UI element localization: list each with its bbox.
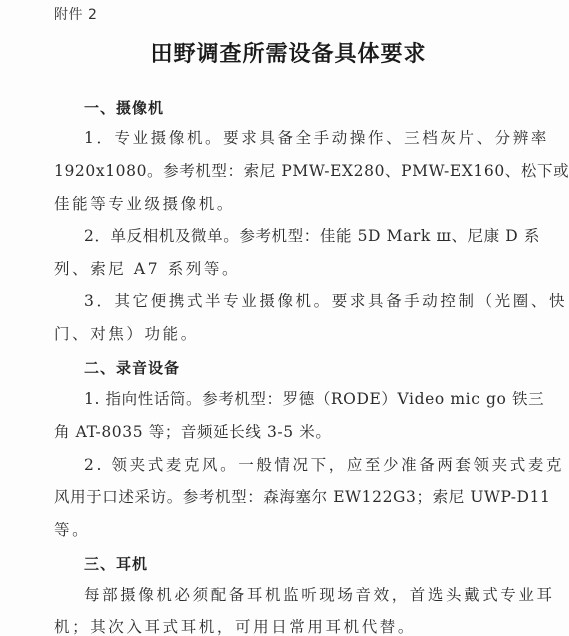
- paragraph-line: 3．其它便携式半专业摄像机。要求具备手动控制（光圈、快: [84, 291, 514, 311]
- paragraph-line: 角 AT-8035 等；音频延长线 3-5 米。: [54, 422, 514, 442]
- paragraph-line: 机；其次入耳式耳机，可用日常用耳机代替。: [54, 617, 514, 636]
- document-page: 附件 2 田野调查所需设备具体要求 一、摄像机 1．专业摄像机。要求具备全手动操…: [0, 0, 569, 636]
- paragraph-line: 2．单反相机及微单。参考机型：佳能 5D Mark ш、尼康 D 系: [84, 226, 514, 246]
- paragraph-line: 1. 指向性话筒。参考机型：罗德（RODE）Video mic go 铁三: [84, 389, 514, 409]
- document-title: 田野调查所需设备具体要求: [0, 37, 569, 68]
- paragraph-line: 风用于口述采访。参考机型：森海塞尔 EW122G3；索尼 UWP-D11: [54, 487, 514, 507]
- section-heading-cameras: 一、摄像机: [84, 97, 164, 118]
- section-heading-headphones: 三、耳机: [84, 553, 148, 574]
- paragraph-line: 1920x1080。参考机型：索尼 PMW-EX280、PMW-EX160、松下…: [54, 161, 514, 181]
- attachment-label: 附件 2: [54, 4, 97, 24]
- paragraph-line: 列、索尼 A7 系列等。: [54, 259, 514, 279]
- paragraph-line: 1．专业摄像机。要求具备全手动操作、三档灰片、分辨率: [84, 128, 514, 148]
- section-heading-audio: 二、录音设备: [84, 357, 180, 378]
- paragraph-line: 佳能等专业级摄像机。: [54, 194, 514, 214]
- paragraph-line: 门、对焦）功能。: [54, 324, 514, 344]
- paragraph-line: 等。: [54, 520, 514, 540]
- paragraph-line: 每部摄像机必须配备耳机监听现场音效，首选头戴式专业耳: [84, 585, 514, 605]
- paragraph-line: 2. 领夹式麦克风。一般情况下，应至少准备两套领夹式麦克: [84, 455, 514, 475]
